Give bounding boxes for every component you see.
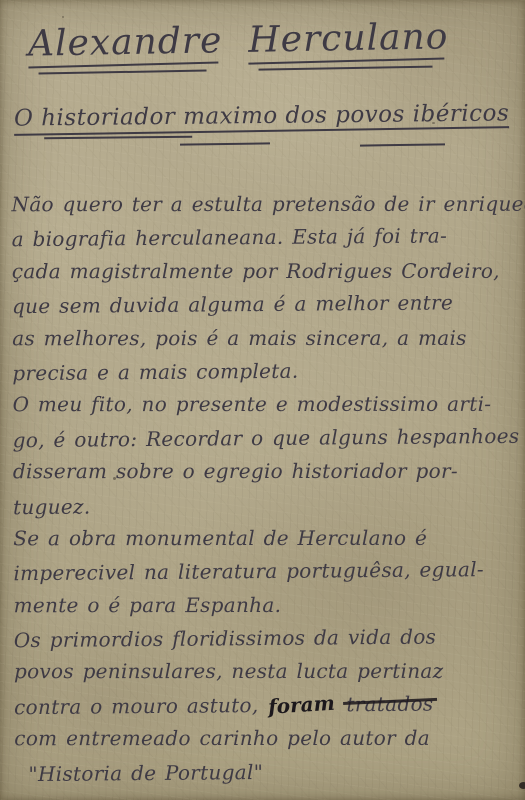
page-title: AlexandreHerculano	[28, 16, 449, 64]
handwritten-line: Se a obra monumental de Herculano é	[13, 526, 518, 560]
inserted-word-foram: foram	[267, 691, 335, 719]
handwritten-line: go, é outro: Recordar o que alguns hespa…	[13, 424, 518, 462]
handwritten-line: as melhores, pois é a mais sincera, a ma…	[12, 325, 517, 359]
paper-speck	[62, 16, 64, 18]
handwritten-line: disseram sobre o egregio historiador por…	[13, 459, 518, 493]
paper-speck	[113, 477, 116, 480]
manuscript-body: Não quero ter a estulta pretensão de ir …	[11, 191, 519, 795]
handwritten-line: povos peninsulares, nesta lucta pertinaz	[14, 659, 519, 693]
handwritten-line-with-correction: contra o mouro astuto, foram tratados	[14, 691, 519, 729]
paper-speck	[519, 782, 525, 789]
manuscript-page: AlexandreHerculano O historiador maximo …	[0, 0, 525, 800]
page-subtitle: O historiador maximo dos povos ibéricos	[14, 100, 510, 134]
paper-speck	[432, 122, 435, 124]
handwritten-line: mente o é para Espanha.	[14, 592, 519, 626]
handwritten-line: a biografia herculaneana. Esta já foi tr…	[12, 223, 517, 261]
handwritten-line: que sem duvida alguma é a melhor entre	[12, 290, 517, 328]
handwritten-line: "Historia de Portugal"	[14, 757, 519, 795]
title-word-herculano: Herculano	[248, 16, 449, 60]
subtitle-text: O historiador maximo dos povos ibéricos	[14, 100, 510, 134]
handwritten-line: tuguez.	[13, 490, 518, 528]
handwritten-line: com entremeado carinho pelo autor da	[14, 726, 519, 760]
underline-stroke	[360, 143, 445, 146]
handwritten-line: Os primordios floridissimos da vida dos	[14, 624, 519, 662]
struck-word-tratados: tratados	[346, 691, 433, 716]
handwritten-line: O meu fito, no presente e modestissimo a…	[13, 392, 518, 426]
handwritten-line: çada magistralmente por Rodrigues Cordei…	[12, 259, 517, 293]
title-word-alexandre: Alexandre	[28, 20, 223, 64]
handwritten-line: imperecivel na literatura portuguêsa, eg…	[13, 557, 518, 595]
underline-stroke	[180, 142, 270, 145]
correction-prefix: contra o mouro astuto,	[14, 693, 267, 719]
handwritten-line: precisa e a mais completa.	[12, 357, 517, 395]
handwritten-line: Não quero ter a estulta pretensão de ir …	[11, 192, 516, 226]
